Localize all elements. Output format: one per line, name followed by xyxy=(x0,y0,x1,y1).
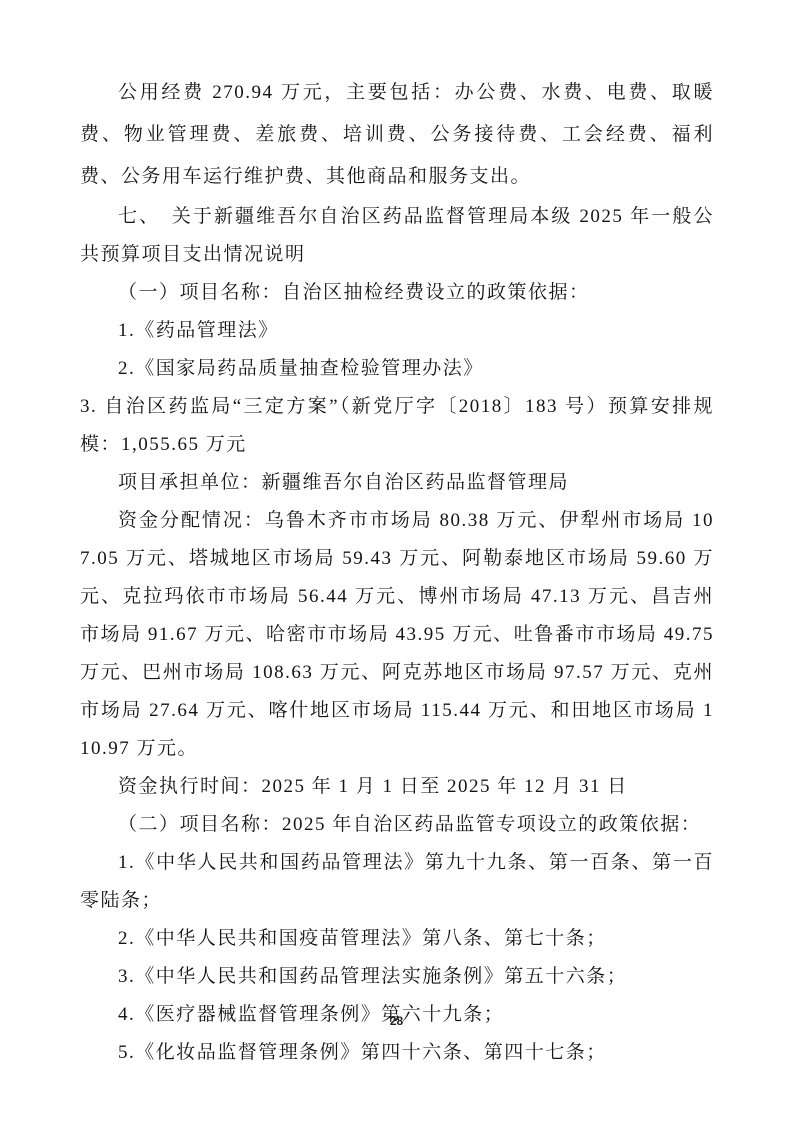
paragraph-fund-allocation: 资金分配情况：乌鲁木齐市市场局 80.38 万元、伊犁州市场局 107.05 万… xyxy=(80,502,714,768)
section-heading-seven: 七、 关于新疆维吾尔自治区药品监督管理局本级 2025 年一般公共预算项目支出情… xyxy=(80,198,714,274)
list-item-policy-3: 3. 自治区药监局“三定方案”（新党厅字〔2018〕183 号）预算安排规模：1… xyxy=(80,388,714,464)
subsection-heading-two: （二）项目名称：2025 年自治区药品监管专项设立的政策依据： xyxy=(80,806,714,844)
paragraph-public-expense: 公用经费 270.94 万元，主要包括：办公费、水费、电费、取暖费、物业管理费、… xyxy=(80,72,714,198)
document-body: 公用经费 270.94 万元，主要包括：办公费、水费、电费、取暖费、物业管理费、… xyxy=(80,72,714,1072)
list-item-policy-1: 1.《药品管理法》 xyxy=(80,312,714,350)
list-item-basis-2: 2.《中华人民共和国疫苗管理法》第八条、第七十条； xyxy=(80,920,714,958)
list-item-basis-5: 5.《化妆品监督管理条例》第四十六条、第四十七条； xyxy=(80,1034,714,1072)
list-item-policy-2: 2.《国家局药品质量抽查检验管理办法》 xyxy=(80,350,714,388)
page-number: 28 xyxy=(0,1014,793,1028)
paragraph-execution-time: 资金执行时间：2025 年 1 月 1 日至 2025 年 12 月 31 日 xyxy=(80,768,714,806)
paragraph-undertaking-unit: 项目承担单位：新疆维吾尔自治区药品监督管理局 xyxy=(80,464,714,502)
subsection-heading-one: （一）项目名称：自治区抽检经费设立的政策依据： xyxy=(80,274,714,312)
list-item-basis-1: 1.《中华人民共和国药品管理法》第九十九条、第一百条、第一百零陆条； xyxy=(80,844,714,920)
list-item-basis-3: 3.《中华人民共和国药品管理法实施条例》第五十六条； xyxy=(80,958,714,996)
document-page: 公用经费 270.94 万元，主要包括：办公费、水费、电费、取暖费、物业管理费、… xyxy=(0,0,793,1122)
